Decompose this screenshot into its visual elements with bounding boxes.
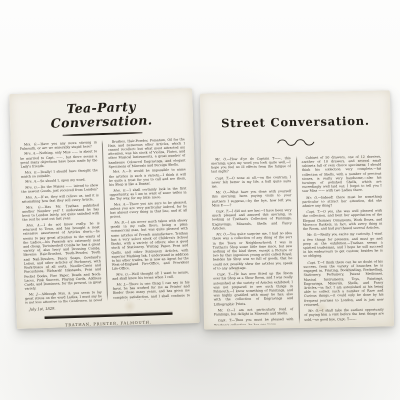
dialogue-paragraph: Capt. T.—Then you must be pleased with T… [214,317,294,325]
dialogue-paragraph: Mrs. G.—I shall certainly look in the fi… [109,186,186,201]
closing-date-line: Falmouth, June, 1829. [305,324,379,325]
serpentine-ornament [211,130,381,152]
tea-party-broadside: Tea-Party Conversation. Mrs. G.—Have you… [9,88,200,329]
dialogue-paragraph: Mr. O.—What have you done with yourself … [212,189,292,207]
footer-rule [44,312,172,319]
dialogue-paragraph: Mr. O.—Really you excite my curiosity, I… [303,232,383,259]
dialogue-paragraph: Mr. B.—I am never much taken with showy … [110,218,189,271]
dialogue-paragraph: Mr. J.—There is one thing I can say in h… [112,280,190,303]
dialogue-paragraph: Capt. T.—I think there can be no doubt o… [303,259,383,307]
dialogue-paragraph: Mr. J.—Although Mrs. A. you seem to lay … [25,290,103,303]
swelled-rule-ornament [62,131,142,136]
dialogue-paragraph: Mrs. G.—Has Mr. Trathan published anothe… [22,203,100,222]
dialogue-text: —I do not know really; he is returned to… [23,221,102,291]
column-left: Mrs. G.—Have you any news stirring in Fa… [20,140,102,303]
dialogue-text: —He has now fitted up the Room over his … [213,271,293,306]
dialogue-paragraph: Mrs. A.—Nothing, only Miss —— is about t… [20,150,98,169]
date-line: July 1st, 1829. [29,302,190,311]
dialogue-paragraph: Cabinet of 50 drawers, one of 12 drawers… [302,154,382,193]
column-right: Brushes, Hair-Powder, Pomatum, Oil for t… [108,137,190,300]
dialogue-text: Cabinet of 50 drawers, one of 12 drawers… [302,154,382,193]
column-left: Mr. O.—How d'ye do Captain T——, this mor… [211,156,293,325]
dialogue-text: Brushes, Hair-Powder, Pomatum, Oil for t… [108,137,186,169]
serpentine-ornament-icon [276,137,316,147]
photo-backdrop: Tea-Party Conversation. Mrs. G.—Have you… [0,0,400,400]
text-columns: Mr. O.—How d'ye do Captain T——, this mor… [211,154,384,325]
street-broadside: Street Conversation. Mr. O.—How d'ye do … [200,90,394,329]
dialogue-paragraph: Mrs. A.—There you are sure to be pleased… [110,200,188,219]
printer-imprint: TRATHAN, PRINTER, FALMOUTH. [26,318,191,328]
dialogue-text: —I am never much taken with showy goods … [111,218,189,271]
dialogue-paragraph: Mrs. A.—It would be impossible to name t… [109,168,187,187]
dialogue-paragraph: Mrs. A.—I do not know really; he is retu… [22,221,101,291]
column-divider [296,156,300,324]
text-columns: Mrs. G.—Have you any news stirring in Fa… [20,137,190,303]
speaker-label: Mrs. A. [25,180,37,184]
dialogue-paragraph: Capt. T.—O none at all,—on the contrary,… [211,175,291,189]
column-right: Cabinet of 50 drawers, one of 12 drawers… [302,154,384,323]
dialogue-text: —You quite surprise me, I had no idea th… [212,231,292,270]
dialogue-paragraph: Mr. O.—Indeed! there must be something p… [302,194,382,208]
tea-party-title: Tea-Party Conversation. [18,98,184,131]
paragraph-list: Cabinet of 50 drawers, one of 12 drawers… [302,154,384,321]
dialogue-paragraph: Capt. T.—O yes, she was well pleased wit… [303,209,383,231]
dialogue-text: —I think there can be no doubt of his su… [303,259,383,307]
street-title: Street Conversation. [210,115,380,131]
column-divider [102,140,108,301]
dialogue-paragraph: Mr. O.—You quite surprise me, I had no i… [212,231,292,270]
dialogue-text: —So should I, upon my word. [37,178,86,184]
dialogue-paragraph: Mr. O.—I am not particularly fond of Pai… [214,307,294,317]
dialogue-paragraph: Mr. O.—How d'ye do Captain T——, this mor… [211,156,291,174]
dialogue-paragraph: Capt. T.—He has now fitted up the Room o… [213,271,293,306]
dialogue-paragraph: Capt. T.—I did not see her,—I have been … [212,208,292,230]
dialogue-paragraph: Brushes, Hair-Powder, Pomatum, Oil for t… [108,137,186,169]
dialogue-paragraph: Mr. O.—I shall take the earliest opportu… [304,308,384,322]
